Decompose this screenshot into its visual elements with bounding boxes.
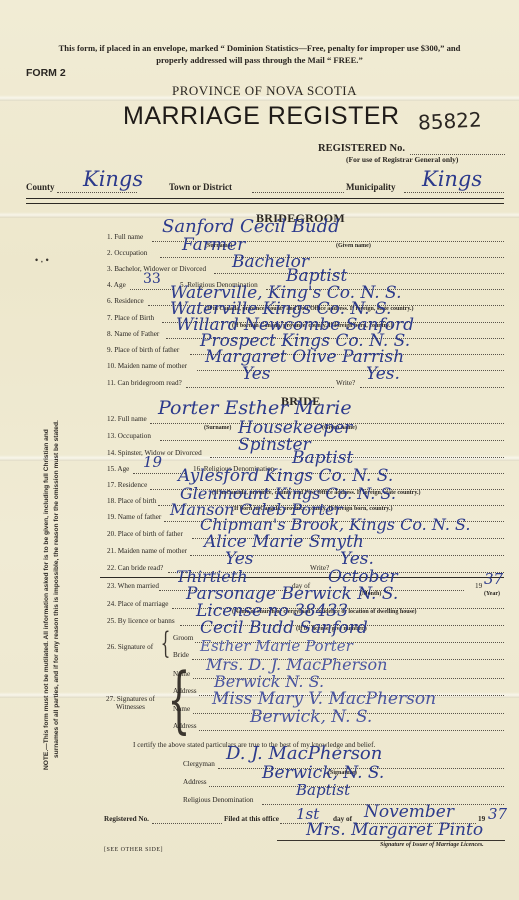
bride-signature-value: Esther Marie Porter [200, 637, 353, 655]
clergyman-value: D. J. MacPherson [226, 743, 382, 764]
witness-1-name-label: Name [173, 670, 190, 678]
year-prefix: 19 [475, 582, 482, 590]
filed-month-value: November [364, 802, 454, 822]
bride-can-write-label: Write? [310, 564, 329, 572]
groom-residence-label: 6. Residence [107, 297, 144, 305]
witness-1-address-label: Address [173, 687, 197, 695]
bride-father-label: 19. Name of father [107, 513, 161, 521]
county-value: Kings [83, 167, 143, 191]
groom-can-read-field[interactable] [186, 387, 334, 388]
filed-at-office-label: Filed at this office [224, 815, 279, 823]
clergyman-address-value: Berwick, N. S. [262, 763, 384, 783]
groom-can-write-value: Yes. [366, 364, 400, 384]
groom-age-label: 4. Age [107, 281, 126, 289]
form-number: FORM 2 [26, 67, 66, 79]
groom-father-label: 8. Name of Father [107, 330, 159, 338]
surname-hint: (Surname) [204, 425, 231, 431]
postal-notice-line-2: properly addressed will pass through the… [0, 54, 519, 66]
year-hint: (Year) [484, 591, 500, 597]
groom-age-value: 33 [143, 271, 161, 287]
witnesses-label-line-1: 27. Signatures of [106, 695, 155, 703]
clergyman-religion-value: Baptist [296, 781, 350, 799]
bride-mother-label: 21. Maiden name of mother [107, 547, 187, 555]
bride-age-value: 19 [143, 453, 162, 471]
province-heading: PROVINCE OF NOVA SCOTIA [172, 83, 357, 99]
groom-status-field[interactable] [214, 273, 504, 274]
witness-2-address-label: Address [173, 722, 197, 730]
signature-of-label: 26. Signature of [107, 643, 153, 651]
registered-no-label: REGISTERED No. [318, 143, 405, 154]
municipality-field[interactable] [404, 192, 504, 193]
bride-occupation-label: 13. Occupation [107, 432, 151, 440]
county-label: County [26, 182, 55, 192]
groom-full-name-label: 1. Full name [107, 233, 143, 241]
witnesses-label: 27. Signatures of Witnesses [106, 695, 155, 711]
groom-can-read-label: 11. Can bridegroom read? [107, 379, 182, 387]
groom-occupation-label: 2. Occupation [107, 249, 147, 257]
licence-label: 25. By licence or banns [107, 617, 175, 625]
bride-full-name-value: Porter Esther Marie [158, 397, 352, 419]
bride-religion-value: Baptist [292, 448, 353, 468]
town-label: Town or District [169, 182, 232, 192]
municipality-value: Kings [422, 167, 482, 191]
bride-full-name-label: 12. Full name [107, 415, 147, 423]
brace: { [161, 626, 171, 661]
side-note-line-2: surnames of all parties, and if for any … [52, 300, 62, 770]
groom-occupation-field[interactable] [160, 257, 504, 258]
registered-no-bottom-label: Registered No. [104, 815, 149, 823]
groom-mother-label: 10. Maiden name of mother [107, 362, 187, 370]
bride-birthplace-label: 18. Place of birth [107, 497, 157, 505]
document-title: MARRIAGE REGISTER [123, 102, 400, 131]
county-field[interactable] [57, 192, 137, 193]
issuer-signature-field[interactable] [277, 840, 505, 841]
clergyman-address-label: Address [183, 778, 207, 786]
registered-no-note: (For use of Registrar General only) [346, 155, 458, 164]
paper-fold [0, 455, 519, 461]
divider [26, 203, 504, 204]
place-of-marriage-label: 24. Place of marriage [107, 600, 168, 608]
filed-year-value: 37 [488, 805, 507, 823]
postal-notice-line-1: This form, if placed in an envelope, mar… [0, 42, 519, 54]
see-other-side: [SEE OTHER SIDE] [104, 847, 163, 853]
clergyman-label: Clergyman [183, 760, 215, 768]
groom-birthplace-label: 7. Place of Birth [107, 314, 154, 322]
witness-2-address-field[interactable] [199, 730, 504, 731]
when-married-label: 23. When married [107, 582, 159, 590]
town-field[interactable] [252, 192, 344, 193]
side-note-line-1: NOTE.—This form must not be mutilated. A… [42, 300, 52, 770]
witness-2-name-value: Miss Mary V. MacPherson [212, 689, 436, 709]
groom-can-write-label: Write? [336, 379, 355, 387]
stamp-number: 85822 [417, 107, 482, 134]
divider [100, 577, 504, 578]
witness-2-address-value: Berwick, N. S. [250, 707, 372, 727]
clergyman-religion-label: Religious Denomination [183, 796, 253, 804]
document-page: This form, if placed in an envelope, mar… [0, 0, 519, 900]
bride-can-read-label: 22. Can bride read? [107, 564, 163, 572]
witnesses-label-line-2: Witnesses [106, 703, 155, 711]
groom-signature-label: Groom [173, 634, 193, 642]
municipality-label: Municipality [346, 182, 396, 192]
given-name-hint: (Given name) [336, 243, 371, 249]
groom-can-write-field[interactable] [360, 387, 504, 388]
marriage-year-value: 37 [484, 570, 503, 588]
bride-age-label: 15. Age [107, 465, 129, 473]
divider [26, 198, 504, 199]
groom-signature-value: Cecil Budd Sanford [200, 618, 368, 638]
bride-residence-label: 17. Residence [107, 481, 147, 489]
bride-occupation-field[interactable] [160, 440, 504, 441]
witness-2-name-label: Name [173, 705, 190, 713]
groom-father-birthplace-label: 9. Place of birth of father [107, 346, 179, 354]
bride-can-read-value: Yes [225, 549, 254, 569]
clergyman-address-field[interactable] [209, 786, 504, 787]
bride-can-write-value: Yes. [340, 549, 374, 569]
groom-full-name-value: Sanford Cecil Budd [162, 216, 340, 237]
margin-mark: • ˖ • [35, 255, 49, 265]
registered-no-bottom-field[interactable] [152, 823, 222, 824]
side-note: NOTE.—This form must not be mutilated. A… [42, 300, 62, 770]
groom-can-read-value: Yes [242, 364, 271, 384]
bride-father-birthplace-label: 20. Place of birth of father [107, 530, 183, 538]
issuer-hint: Signature of Issuer of Marriage Licences… [380, 842, 484, 848]
bride-residence-value: Aylesford Kings Co. N. S. [178, 466, 393, 486]
groom-age-field[interactable] [130, 289, 173, 290]
bride-status-field[interactable] [210, 457, 504, 458]
issuer-signature-value: Mrs. Margaret Pinto [306, 820, 483, 840]
